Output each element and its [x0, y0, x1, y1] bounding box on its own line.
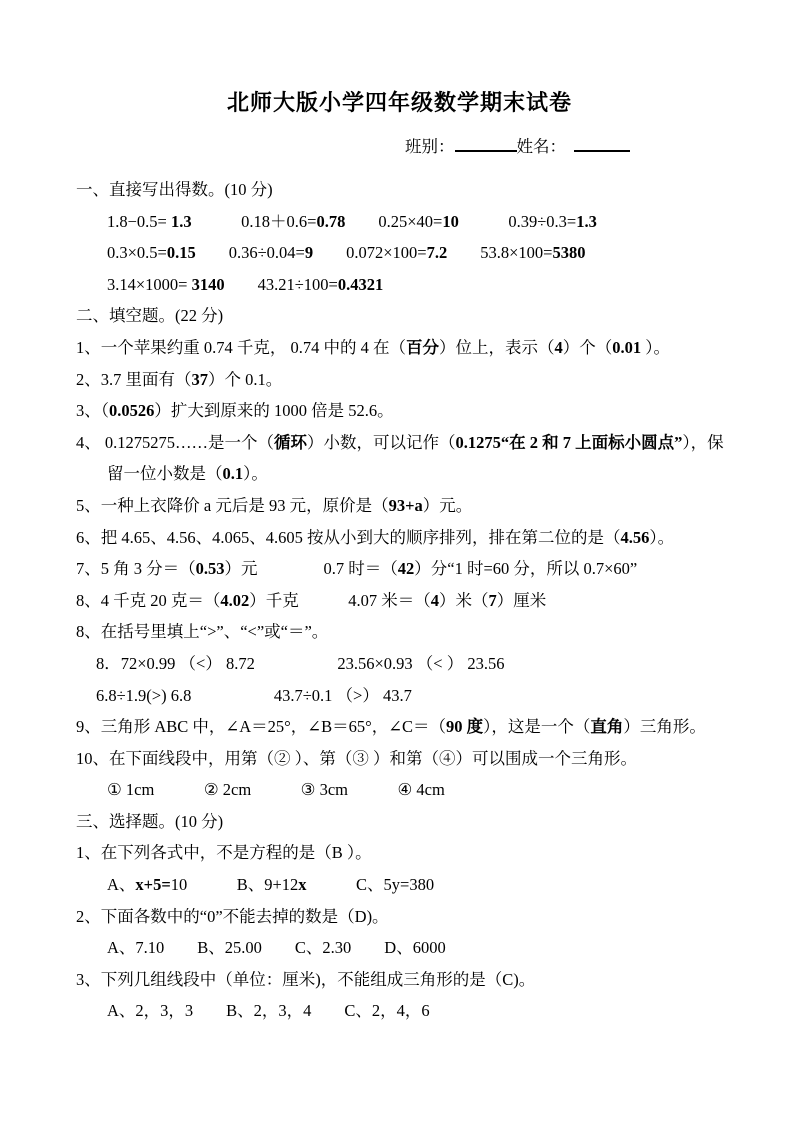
- student-info-line: 班别：姓名：: [405, 133, 723, 157]
- section3-heading: 三、选择题。(10 分): [76, 806, 723, 838]
- section2-q8-units: 8、4 千克 20 克＝（4.02）千克 4.07 米＝（4）米（7）厘米: [76, 585, 723, 617]
- class-blank-field: [455, 135, 517, 152]
- section2-q8-compare-stem: 8、在括号里填上“>”、“<”或“＝”。: [76, 616, 723, 648]
- section1-heading: 一、直接写出得数。(10 分): [76, 174, 723, 206]
- class-label: 班别：: [405, 137, 455, 156]
- exam-paper: 北师大版小学四年级数学期末试卷 班别：姓名： 一、直接写出得数。(10 分) 1…: [0, 0, 793, 1122]
- section2-q9: 9、三角形 ABC 中，∠A＝25°，∠B＝65°，∠C＝（90 度），这是一个…: [76, 711, 723, 743]
- section2-heading: 二、填空题。(22 分): [76, 300, 723, 332]
- section2-q10: 10、在下面线段中，用第（② ）、第（③ ）和第（④）可以围成一个三角形。: [76, 743, 723, 775]
- exam-body: 一、直接写出得数。(10 分) 1.8−0.5= 1.3 0.18＋0.6=0.…: [76, 174, 723, 1027]
- section2-compare-row-2: 6.8÷1.9(>) 6.8 43.7÷0.1 （>） 43.7: [76, 680, 723, 712]
- section1-calc-row-2: 0.3×0.5=0.15 0.36÷0.04=9 0.072×100=7.2 5…: [76, 237, 723, 269]
- section3-q1: 1、在下列各式中，不是方程的是（B ）。: [76, 837, 723, 869]
- section2-q4-line1: 4、 0.1275275……是一个（循环）小数，可以记作（0.1275“在 2 …: [76, 427, 723, 459]
- section3-q2: 2、下面各数中的“0”不能去掉的数是（D)。: [76, 901, 723, 933]
- section2-q3: 3、（0.0526）扩大到原来的 1000 倍是 52.6。: [76, 395, 723, 427]
- name-label: 姓名：: [517, 137, 567, 156]
- section2-q7: 7、5 角 3 分＝（0.53）元 0.7 时＝（42）分“1 时=60 分，所…: [76, 553, 723, 585]
- page-title: 北师大版小学四年级数学期末试卷: [76, 86, 723, 117]
- section2-q5: 5、一种上衣降价 a 元后是 93 元，原价是（93+a）元。: [76, 490, 723, 522]
- section2-q4-line2: 留一位小数是（0.1）。: [76, 458, 723, 490]
- section2-q6: 6、把 4.65、4.56、4.065、4.605 按从小到大的顺序排列，排在第…: [76, 522, 723, 554]
- section1-calc-row-1: 1.8−0.5= 1.3 0.18＋0.6=0.78 0.25×40=10 0.…: [76, 206, 723, 238]
- section3-q1-options: A、x+5=10 B、9+12x C、5y=380: [76, 869, 723, 901]
- section2-q10-options: ① 1cm ② 2cm ③ 3cm ④ 4cm: [76, 774, 723, 806]
- section2-q1: 1、一个苹果约重 0.74 千克， 0.74 中的 4 在（百分）位上，表示（4…: [76, 332, 723, 364]
- section2-q2: 2、3.7 里面有（37）个 0.1。: [76, 364, 723, 396]
- section3-q3-options: A、2，3，3 B、2，3，4 C、2，4，6: [76, 995, 723, 1027]
- section1-calc-row-3: 3.14×1000= 3140 43.21÷100=0.4321: [76, 269, 723, 301]
- section2-compare-row-1: 8．72×0.99 （<） 8.72 23.56×0.93 （< ） 23.56: [76, 648, 723, 680]
- section3-q2-options: A、7.10 B、25.00 C、2.30 D、6000: [76, 932, 723, 964]
- name-blank-field: [574, 135, 630, 152]
- section3-q3: 3、下列几组线段中（单位：厘米)，不能组成三角形的是（C)。: [76, 964, 723, 996]
